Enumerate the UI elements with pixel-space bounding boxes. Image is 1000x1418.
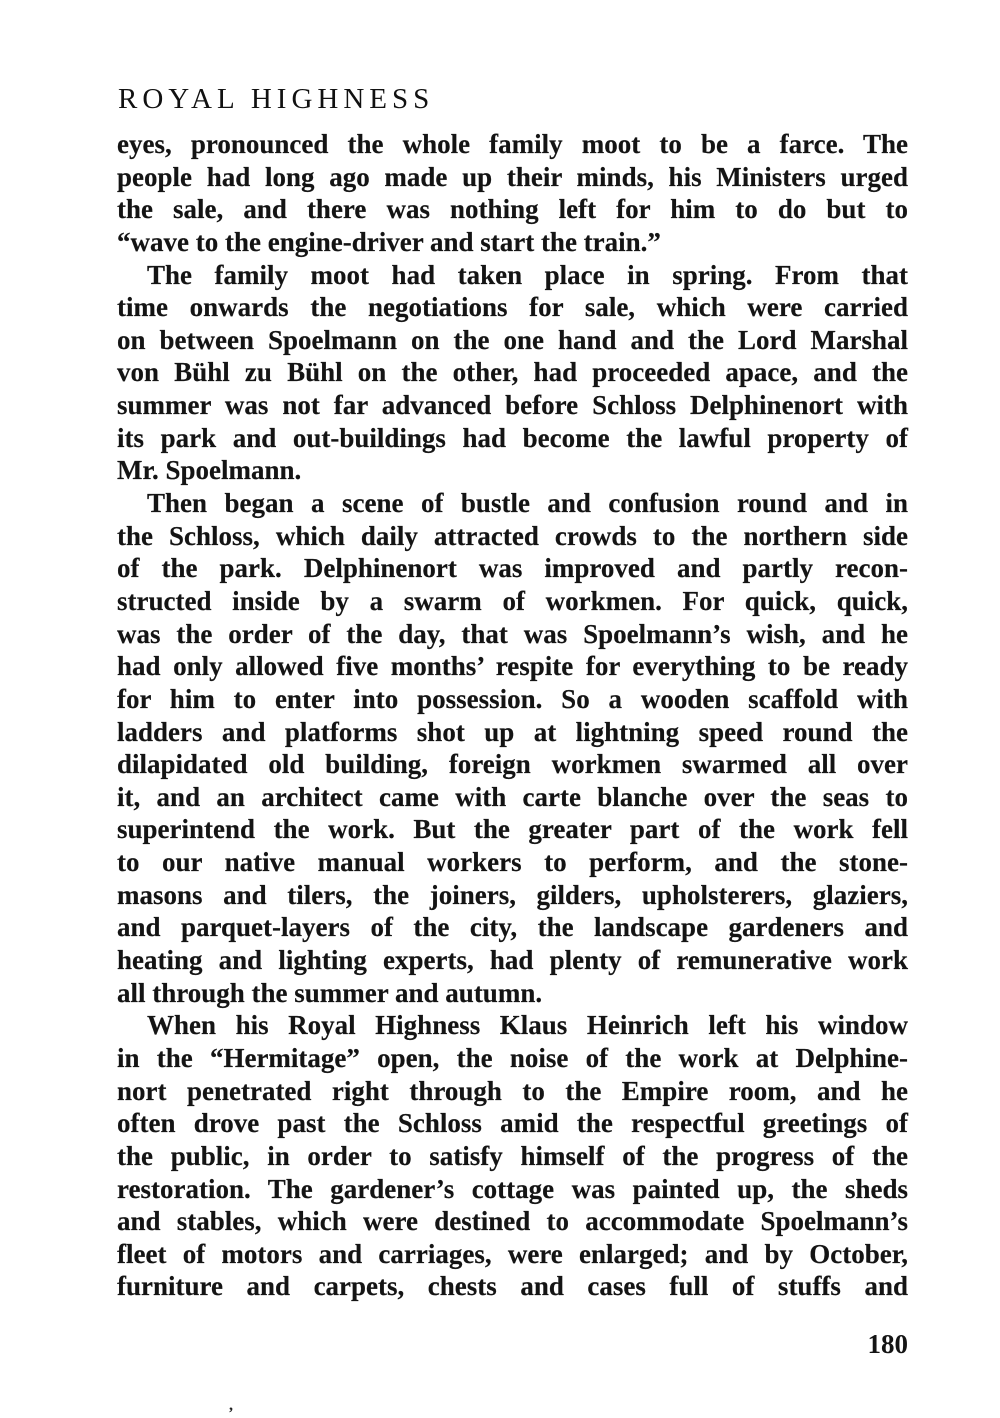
paragraph: eyes, pronounced the whole family moot t… [117,128,908,259]
text-line: furniture and carpets, chests and cases … [117,1270,908,1303]
text-line: von Bühl zu Bühl on the other, had proce… [117,356,908,389]
text-line: When his Royal Highness Klaus Heinrich l… [117,1009,908,1042]
text-line: ladders and platforms shot up at lightni… [117,716,908,749]
text-line: heating and lighting experts, had plenty… [117,944,908,977]
text-line: time onwards the negotiations for sale, … [117,291,908,324]
body-text: eyes, pronounced the whole family moot t… [117,128,908,1303]
text-line: superintend the work. But the greater pa… [117,813,908,846]
text-line: to our native manual workers to perform,… [117,846,908,879]
text-line: eyes, pronounced the whole family moot t… [117,128,908,161]
text-line: the public, in order to satisfy himself … [117,1140,908,1173]
text-line: restoration. The gardener’s cottage was … [117,1173,908,1206]
text-line: the sale, and there was nothing left for… [117,193,908,226]
text-line: summer was not far advanced before Schlo… [117,389,908,422]
text-line: structed inside by a swarm of workmen. F… [117,585,908,618]
text-line: people had long ago made up their minds,… [117,161,908,194]
text-line: for him to enter into possession. So a w… [117,683,908,716]
paragraph: The family moot had taken place in sprin… [117,259,908,487]
paragraph: Then began a scene of bustle and confusi… [117,487,908,1009]
text-line: dilapidated old building, foreign workme… [117,748,908,781]
text-line: fleet of motors and carriages, were enla… [117,1238,908,1271]
text-line: its park and out-buildings had become th… [117,422,908,455]
text-line: and stables, which were destined to acco… [117,1205,908,1238]
text-line: masons and tilers, the joiners, gilders,… [117,879,908,912]
text-line: the Schloss, which daily attracted crowd… [117,520,908,553]
text-line: in the “Hermitage” open, the noise of th… [117,1042,908,1075]
text-line: “wave to the engine-driver and start the… [117,226,908,259]
text-line: The family moot had taken place in sprin… [117,259,908,292]
text-line: often drove past the Schloss amid the re… [117,1107,908,1140]
text-line: Then began a scene of bustle and confusi… [117,487,908,520]
text-line: it, and an architect came with carte bla… [117,781,908,814]
text-line: had only allowed five months’ respite fo… [117,650,908,683]
running-head-title: ROYAL HIGHNESS [118,82,434,116]
text-line: on between Spoelmann on the one hand and… [117,324,908,357]
page-number: 180 [868,1328,909,1360]
text-line: of the park. Delphinenort was improved a… [117,552,908,585]
text-line: nort penetrated right through to the Emp… [117,1075,908,1108]
paragraph: When his Royal Highness Klaus Heinrich l… [117,1009,908,1303]
text-line: Mr. Spoelmann. [117,454,908,487]
text-line: and parquet-layers of the city, the land… [117,911,908,944]
text-line: all through the summer and autumn. [117,977,908,1010]
text-line: was the order of the day, that was Spoel… [117,618,908,651]
scan-artifact-mark: , [229,1398,233,1414]
